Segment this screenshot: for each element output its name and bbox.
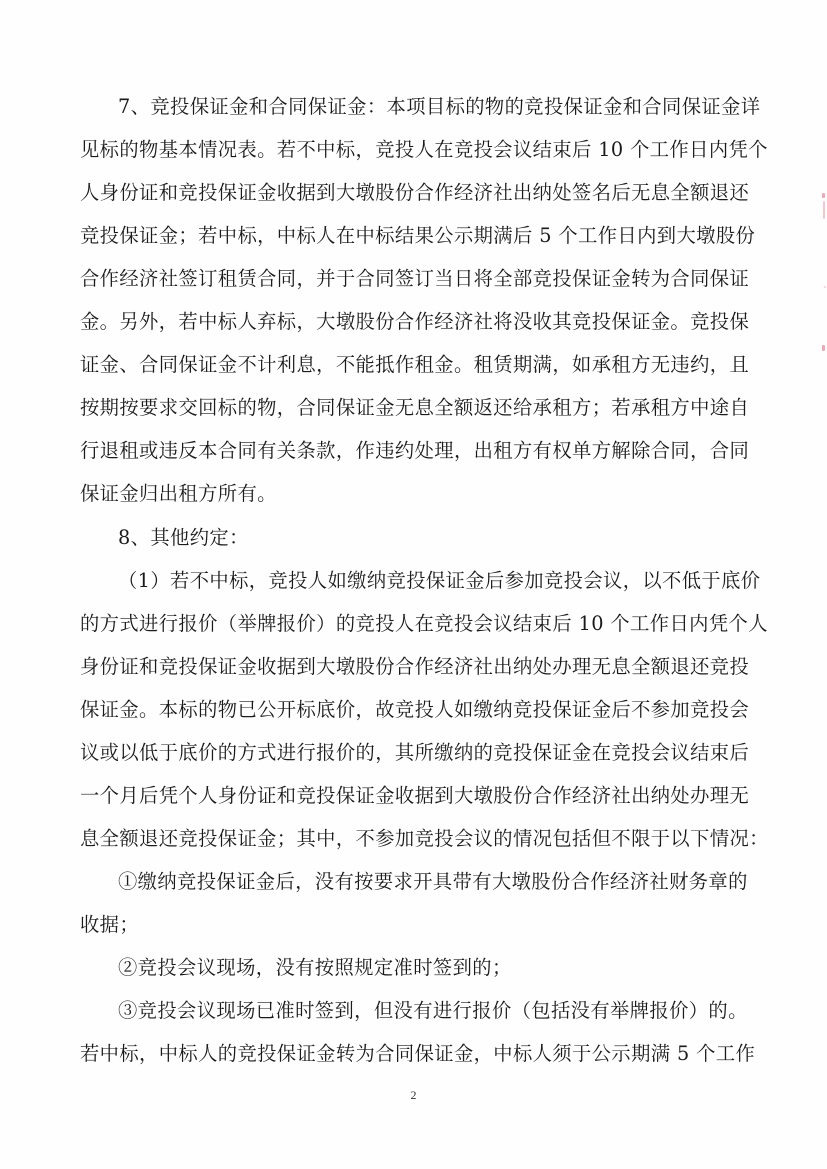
section-heading: 8、其他约定： [118,523,747,553]
paragraph-line: 保证金归出租方所有。 [80,479,747,509]
list-item-line: ③竞投会议现场已准时签到，但没有进行报价（包括没有举牌报价）的。 [118,996,747,1026]
paragraph-line: 行退租或违反本合同有关条款，作违约处理，出租方有权单方解除合同，合同 [80,436,747,466]
paragraph-line: 证金、合同保证金不计利息，不能抵作租金。租赁期满，如承租方无违约，且 [80,350,747,380]
paragraph-line: 7、竞投保证金和合同保证金：本项目标的物的竞投保证金和合同保证金详 [118,92,747,122]
paragraph-line: 息全额退还竞投保证金；其中，不参加竞投会议的情况包括但不限于以下情况： [80,824,747,854]
paragraph-line: 一个月后凭个人身份证和竞投保证金收据到大墩股份合作经济社出纳处办理无 [80,781,747,811]
paragraph-line: 的方式进行报价（举牌报价）的竞投人在竞投会议结束后 10 个工作日内凭个人 [80,609,747,639]
paragraph-line: 若中标，中标人的竞投保证金转为合同保证金，中标人须于公示期满 5 个工作 [80,1039,747,1069]
paragraph-line: 保证金。本标的物已公开标底价，故竞投人如缴纳竞投保证金后不参加竞投会 [80,695,747,725]
paragraph-line: 人身份证和竞投保证金收据到大墩股份合作经济社出纳处签名后无息全额退还 [80,178,747,208]
document-page: 7、竞投保证金和合同保证金：本项目标的物的竞投保证金和合同保证金详 见标的物基本… [0,0,827,1169]
list-item-line: ①缴纳竞投保证金后，没有按要求开具带有大墩股份合作经济社财务章的 [118,867,747,897]
paragraph-line: 金。另外，若中标人弃标，大墩股份合作经济社将没收其竞投保证金。竞投保 [80,307,747,337]
page-number: 2 [0,1088,827,1103]
list-item-line: ②竞投会议现场，没有按照规定准时签到的； [118,953,747,983]
paragraph-line: 竞投保证金；若中标，中标人在中标结果公示期满后 5 个工作日内到大墩股份 [80,221,747,251]
paragraph-line: 身份证和竞投保证金收据到大墩股份合作经济社出纳处办理无息全额退还竞投 [80,652,747,682]
paragraph-line: 合作经济社签订租赁合同，并于合同签订当日将全部竞投保证金转为合同保证 [80,264,747,294]
list-item-line: 收据； [80,910,747,940]
paragraph-line: 见标的物基本情况表。若不中标，竞投人在竞投会议结束后 10 个工作日内凭个 [80,135,747,165]
paragraph-line: （1）若不中标，竞投人如缴纳竞投保证金后参加竞投会议，以不低于底价 [118,566,747,596]
paragraph-line: 按期按要求交回标的物，合同保证金无息全额返还给承租方；若承租方中途自 [80,393,747,423]
paragraph-line: 议或以低于底价的方式进行报价的，其所缴纳的竞投保证金在竞投会议结束后 [80,738,747,768]
